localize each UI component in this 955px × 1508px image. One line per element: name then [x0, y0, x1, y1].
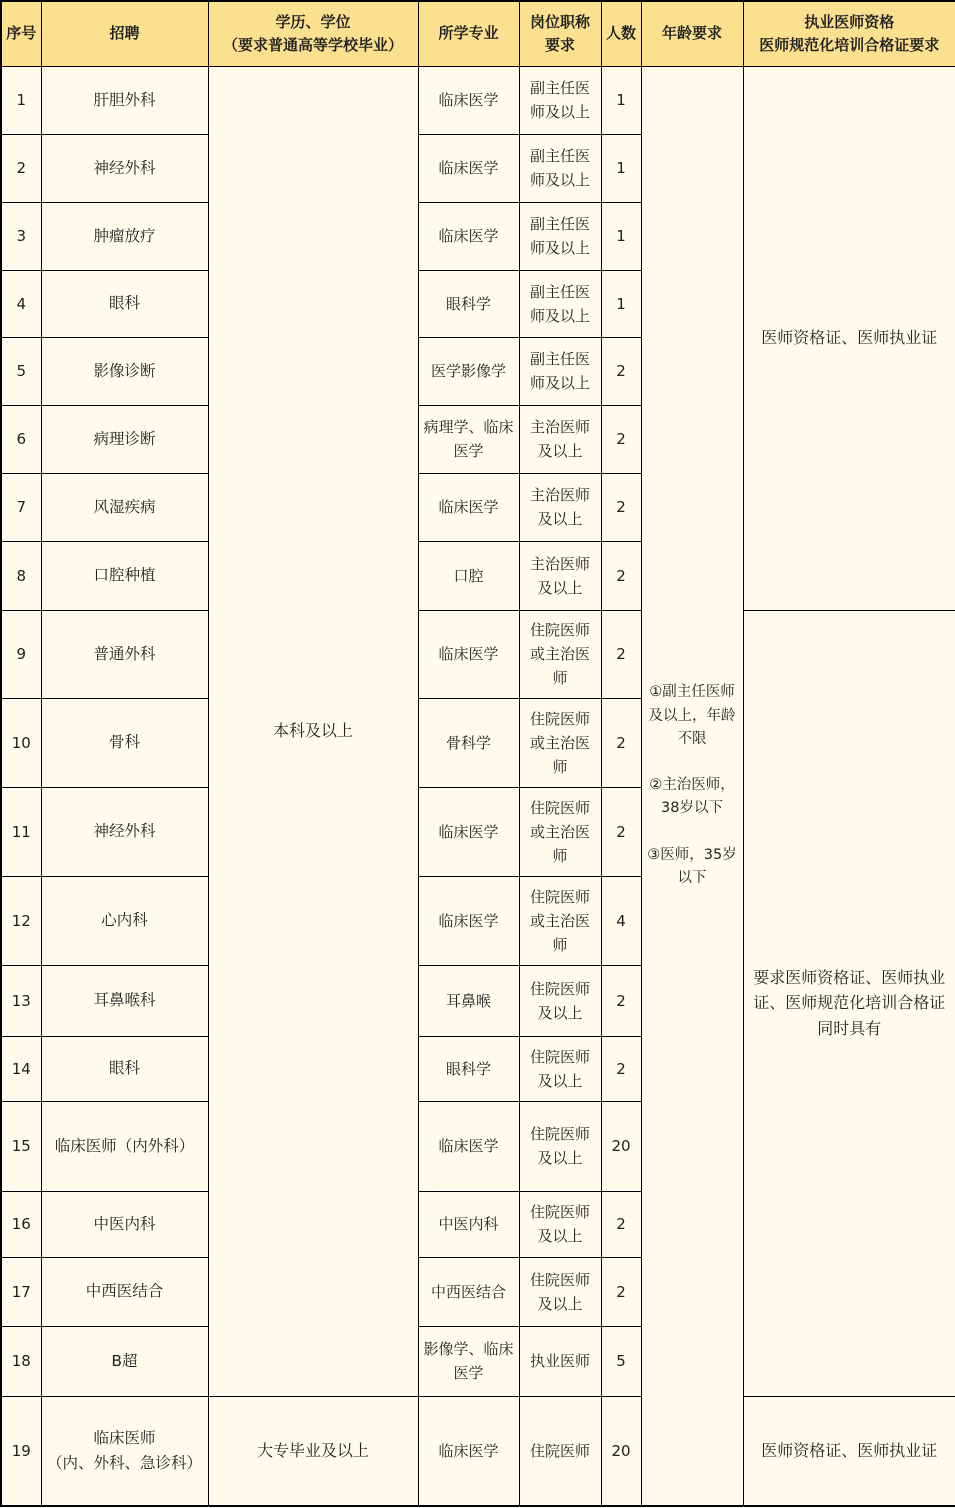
department-cell: 中医内科	[41, 1191, 208, 1257]
department-cell: 神经外科	[41, 787, 208, 876]
department-cell: 临床医师 （内、外科、急诊科）	[41, 1396, 208, 1506]
major-cell: 中西医结合	[418, 1257, 519, 1326]
department-cell: B超	[41, 1326, 208, 1396]
title-cell: 住院医师或主治医师	[519, 698, 601, 787]
row-number: 18	[1, 1326, 41, 1396]
department-cell: 肿瘤放疗	[41, 202, 208, 270]
major-cell: 医学影像学	[418, 337, 519, 405]
title-cell: 住院医师及以上	[519, 965, 601, 1036]
row-number: 14	[1, 1036, 41, 1101]
row-number: 3	[1, 202, 41, 270]
certificate-cell-senior: 医师资格证、医师执业证	[743, 66, 955, 610]
title-cell: 住院医师	[519, 1396, 601, 1506]
row-number: 19	[1, 1396, 41, 1506]
row-number: 4	[1, 270, 41, 337]
row-number: 7	[1, 473, 41, 541]
title-cell: 住院医师及以上	[519, 1257, 601, 1326]
row-number: 15	[1, 1101, 41, 1191]
department-cell: 肝胆外科	[41, 66, 208, 134]
header-certificate: 执业医师资格 医师规范化培训合格证要求	[743, 1, 955, 66]
title-cell: 副主任医师及以上	[519, 337, 601, 405]
department-cell: 病理诊断	[41, 405, 208, 473]
row-number: 6	[1, 405, 41, 473]
major-cell: 影像学、临床医学	[418, 1326, 519, 1396]
count-cell: 5	[601, 1326, 641, 1396]
major-cell: 临床医学	[418, 1396, 519, 1506]
major-cell: 临床医学	[418, 787, 519, 876]
title-cell: 住院医师及以上	[519, 1036, 601, 1101]
major-cell: 病理学、临床医学	[418, 405, 519, 473]
row-number: 10	[1, 698, 41, 787]
header-no: 序号	[1, 1, 41, 66]
department-cell: 神经外科	[41, 134, 208, 202]
header-department: 招聘	[41, 1, 208, 66]
row-number: 1	[1, 66, 41, 134]
education-merged-cell: 本科及以上	[208, 66, 418, 1396]
department-cell: 耳鼻喉科	[41, 965, 208, 1036]
major-cell: 临床医学	[418, 134, 519, 202]
age-requirement-cell: ①副主任医师及以上，年龄不限 ②主治医师，38岁以下 ③医师，35岁以下	[641, 66, 743, 1506]
title-cell: 副主任医师及以上	[519, 66, 601, 134]
title-cell: 住院医师或主治医师	[519, 787, 601, 876]
education-cell-last: 大专毕业及以上	[208, 1396, 418, 1506]
department-cell: 普通外科	[41, 610, 208, 698]
major-cell: 口腔	[418, 541, 519, 610]
count-cell: 2	[601, 610, 641, 698]
count-cell: 4	[601, 876, 641, 965]
count-cell: 20	[601, 1101, 641, 1191]
header-title: 岗位职称 要求	[519, 1, 601, 66]
row-number: 13	[1, 965, 41, 1036]
department-cell: 临床医师（内外科）	[41, 1101, 208, 1191]
header-count: 人数	[601, 1, 641, 66]
title-cell: 副主任医师及以上	[519, 270, 601, 337]
major-cell: 临床医学	[418, 202, 519, 270]
major-cell: 耳鼻喉	[418, 965, 519, 1036]
major-cell: 骨科学	[418, 698, 519, 787]
department-cell: 影像诊断	[41, 337, 208, 405]
major-cell: 眼科学	[418, 270, 519, 337]
count-cell: 1	[601, 270, 641, 337]
header-education: 学历、学位 （要求普通高等学校毕业）	[208, 1, 418, 66]
count-cell: 1	[601, 66, 641, 134]
row-number: 17	[1, 1257, 41, 1326]
header-age: 年龄要求	[641, 1, 743, 66]
department-cell: 中西医结合	[41, 1257, 208, 1326]
count-cell: 1	[601, 202, 641, 270]
major-cell: 临床医学	[418, 1101, 519, 1191]
title-cell: 副主任医师及以上	[519, 134, 601, 202]
count-cell: 2	[601, 1191, 641, 1257]
header-row: 序号 招聘 学历、学位 （要求普通高等学校毕业） 所学专业 岗位职称 要求 人数…	[1, 1, 955, 66]
title-cell: 主治医师及以上	[519, 473, 601, 541]
major-cell: 临床医学	[418, 473, 519, 541]
recruitment-table: 序号 招聘 学历、学位 （要求普通高等学校毕业） 所学专业 岗位职称 要求 人数…	[0, 0, 955, 1507]
title-cell: 住院医师及以上	[519, 1101, 601, 1191]
row-number: 11	[1, 787, 41, 876]
table-row: 9 普通外科 临床医学 住院医师或主治医师 2 要求医师资格证、医师执业证、医师…	[1, 610, 955, 698]
department-cell: 风湿疾病	[41, 473, 208, 541]
department-cell: 眼科	[41, 270, 208, 337]
count-cell: 2	[601, 1257, 641, 1326]
row-number: 8	[1, 541, 41, 610]
department-cell: 骨科	[41, 698, 208, 787]
major-cell: 临床医学	[418, 610, 519, 698]
title-cell: 主治医师及以上	[519, 405, 601, 473]
count-cell: 2	[601, 405, 641, 473]
title-cell: 住院医师及以上	[519, 1191, 601, 1257]
table-row: 1 肝胆外科 本科及以上 临床医学 副主任医师及以上 1 ①副主任医师及以上，年…	[1, 66, 955, 134]
major-cell: 临床医学	[418, 876, 519, 965]
certificate-cell-junior: 要求医师资格证、医师执业证、医师规范化培训合格证同时具有	[743, 610, 955, 1396]
row-number: 16	[1, 1191, 41, 1257]
row-number: 9	[1, 610, 41, 698]
table-row: 19 临床医师 （内、外科、急诊科） 大专毕业及以上 临床医学 住院医师 20 …	[1, 1396, 955, 1506]
count-cell: 2	[601, 337, 641, 405]
department-cell: 口腔种植	[41, 541, 208, 610]
row-number: 2	[1, 134, 41, 202]
row-number: 5	[1, 337, 41, 405]
department-cell: 眼科	[41, 1036, 208, 1101]
certificate-cell-last: 医师资格证、医师执业证	[743, 1396, 955, 1506]
title-cell: 执业医师	[519, 1326, 601, 1396]
major-cell: 眼科学	[418, 1036, 519, 1101]
title-cell: 住院医师或主治医师	[519, 876, 601, 965]
count-cell: 2	[601, 698, 641, 787]
count-cell: 1	[601, 134, 641, 202]
department-cell: 心内科	[41, 876, 208, 965]
count-cell: 2	[601, 787, 641, 876]
major-cell: 临床医学	[418, 66, 519, 134]
title-cell: 主治医师及以上	[519, 541, 601, 610]
count-cell: 2	[601, 965, 641, 1036]
count-cell: 20	[601, 1396, 641, 1506]
header-major: 所学专业	[418, 1, 519, 66]
count-cell: 2	[601, 1036, 641, 1101]
major-cell: 中医内科	[418, 1191, 519, 1257]
title-cell: 副主任医师及以上	[519, 202, 601, 270]
count-cell: 2	[601, 541, 641, 610]
row-number: 12	[1, 876, 41, 965]
count-cell: 2	[601, 473, 641, 541]
title-cell: 住院医师或主治医师	[519, 610, 601, 698]
